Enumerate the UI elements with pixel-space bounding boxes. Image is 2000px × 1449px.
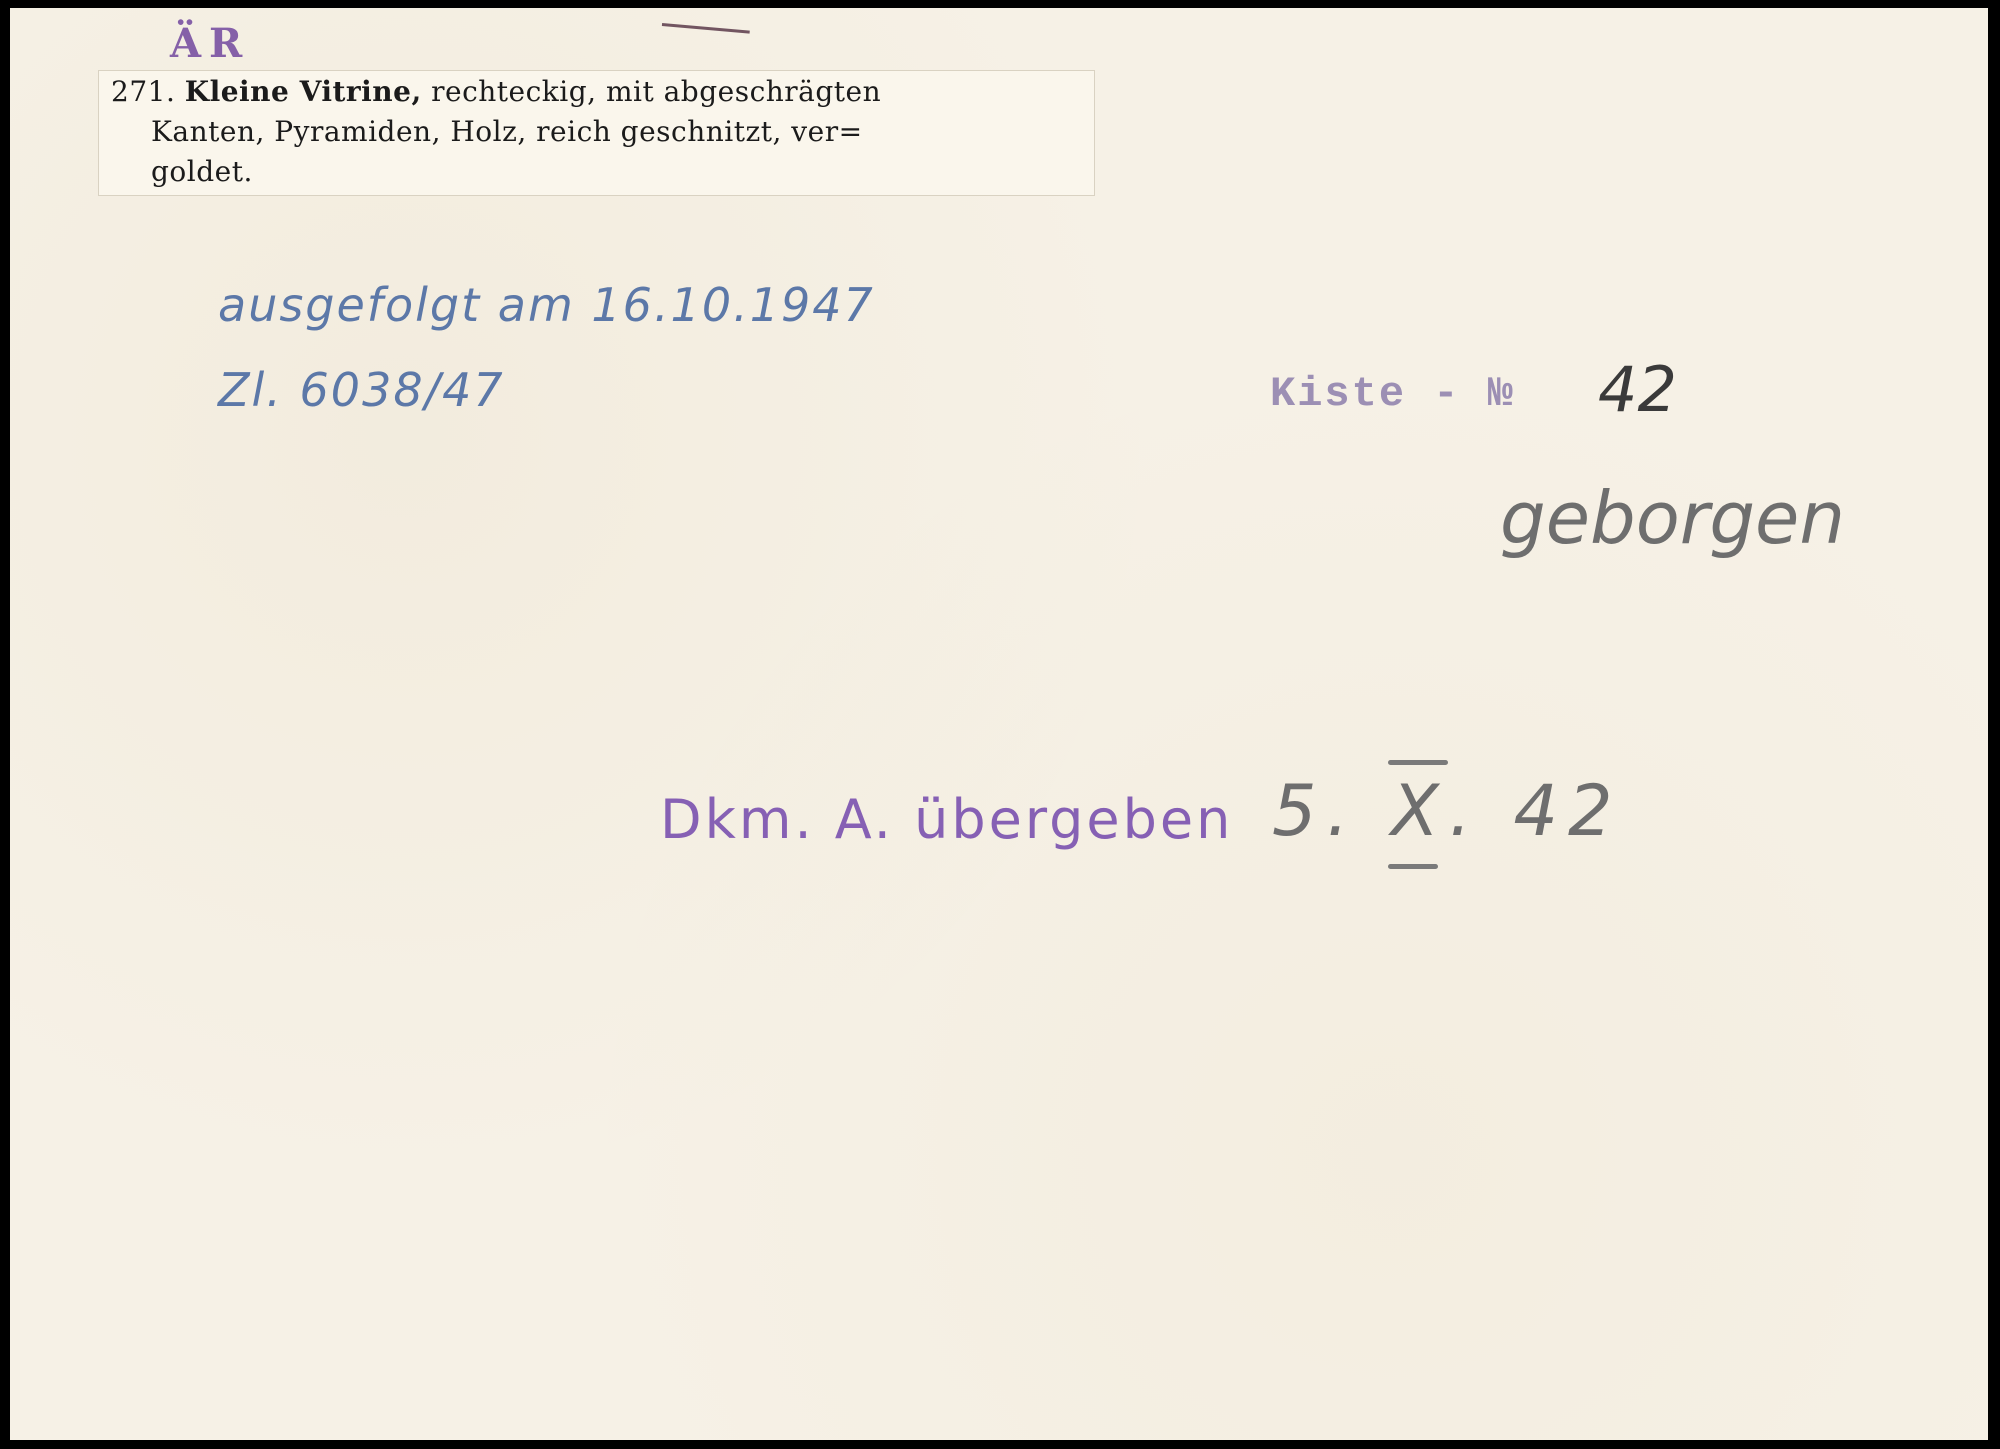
catalog-label: 271. Kleine Vitrine, rechteckig, mit abg… (98, 70, 1095, 196)
archive-card: ÄR 271. Kleine Vitrine, rechteckig, mit … (10, 8, 1988, 1440)
catalog-label-line-3: goldet. (151, 155, 253, 188)
pencil-mark (662, 23, 750, 34)
catalog-label-line-2: Kanten, Pyramiden, Holz, reich geschnitz… (151, 115, 863, 148)
kiste-number: 42 (1598, 353, 1677, 426)
catalog-title: Kleine Vitrine, (185, 75, 422, 108)
roman-numeral-overbar (1388, 760, 1448, 765)
catalog-description-1: rechteckig, mit abgeschrägten (431, 75, 881, 108)
handwritten-file-number: Zl. 6038/47 (218, 363, 505, 417)
catalog-label-line-1: 271. Kleine Vitrine, rechteckig, mit abg… (111, 75, 881, 108)
handwritten-geborgen: geborgen (1500, 476, 1845, 560)
stamp-ar: ÄR (170, 20, 250, 67)
handwritten-release-note: ausgefolgt am 16.10.1947 (218, 278, 875, 332)
transfer-date: 5. X. 42 (1272, 770, 1623, 852)
transfer-stamp: Dkm. A. übergeben (660, 788, 1233, 851)
kiste-stamp: Kiste - № (1270, 370, 1515, 418)
roman-numeral-underbar (1388, 864, 1438, 869)
catalog-number: 271. (111, 75, 175, 108)
